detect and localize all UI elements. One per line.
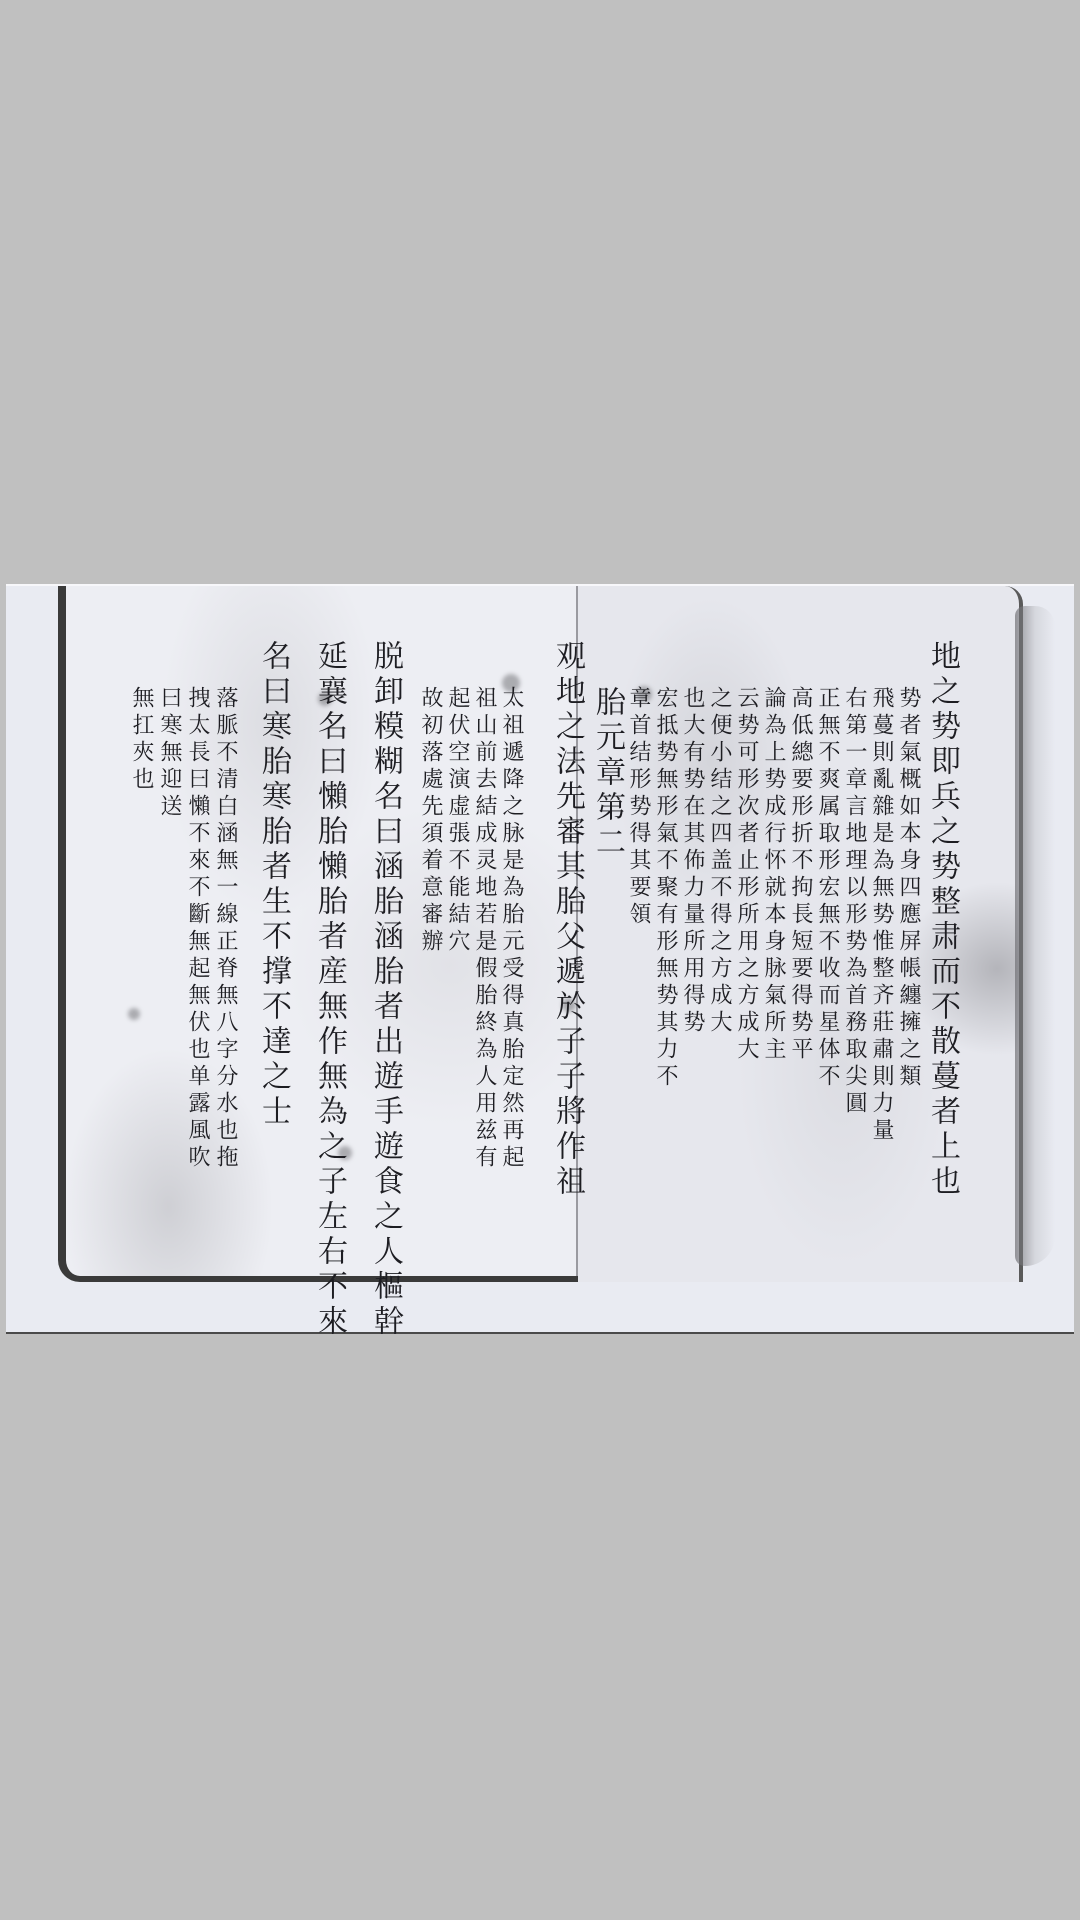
chapter-heading: 胎元章第二 — [590, 686, 624, 861]
left-col-4: 故初落處先須着意審辦 — [417, 686, 443, 956]
left-col-3: 起伏空演虚張不能結穴 — [444, 686, 470, 956]
right-col-10: 也大有势在其佈力量所用得势 — [679, 686, 705, 1037]
right-col-11: 宏抵势無形氣不聚有形無势其力不 — [652, 686, 678, 1091]
image-viewer: 地之势即兵之势整肃而不散蔓者上也 势者氣概如本身四應屏帳纏擁之類 飛蔓則亂雜是為… — [0, 0, 1080, 1920]
right-col-4: 右第一章言地理以形势為首務取尖圓 — [841, 686, 867, 1118]
torn-page-edge — [1015, 606, 1055, 1266]
left-col-1: 太祖遞降之脉是為胎元受得真胎定然再起 — [498, 686, 524, 1172]
left-col-5: 脱卸糢糊名曰涵胎涵胎者出遊手遊食之人樞幹 — [368, 640, 402, 1340]
right-col-5: 正無不爽属取形宏無不收而星体不 — [814, 686, 840, 1091]
right-col-2: 势者氣概如本身四應屏帳纏擁之類 — [895, 686, 921, 1091]
left-col-11: 無扛夾也 — [128, 686, 154, 794]
right-col-9: 之便小结之四盖不得之方成大 — [706, 686, 732, 1037]
right-col-13: 章首结形势得其要領 — [625, 686, 651, 929]
left-col-8: 落脈不清白涵無一線正脊無八字分水也拖 — [212, 686, 238, 1172]
manuscript-spread: 地之势即兵之势整肃而不散蔓者上也 势者氣概如本身四應屏帳纏擁之類 飛蔓則亂雜是為… — [50, 586, 1010, 1286]
stain-mark — [128, 1008, 140, 1020]
right-col-6: 高低總要形折不拘長短要得势平 — [787, 686, 813, 1064]
right-col-3: 飛蔓則亂雜是為無势惟整齐莊肅則力量 — [868, 686, 894, 1145]
right-col-1: 地之势即兵之势整肃而不散蔓者上也 — [925, 640, 959, 1200]
left-col-10: 曰寒無迎送 — [156, 686, 182, 821]
left-col-6: 延襄名曰懶胎懶胎者産無作無為之子左右不來 — [312, 640, 346, 1340]
left-col-2: 祖山前去結成灵地若是假胎終為人用兹有 — [471, 686, 497, 1172]
right-col-8: 云势可形次者止形所用之方成大 — [733, 686, 759, 1064]
left-col-7: 名曰寒胎寒胎者生不撑不達之士 — [256, 640, 290, 1130]
left-col-9: 拽太長曰懶不來不斷無起無伏也单露風吹 — [184, 686, 210, 1172]
right-col-15: 观地之法先審其胎父遞於子子將作祖 — [550, 640, 584, 1200]
right-col-7: 論為上势成行怀就本身脉氣所主 — [760, 686, 786, 1064]
